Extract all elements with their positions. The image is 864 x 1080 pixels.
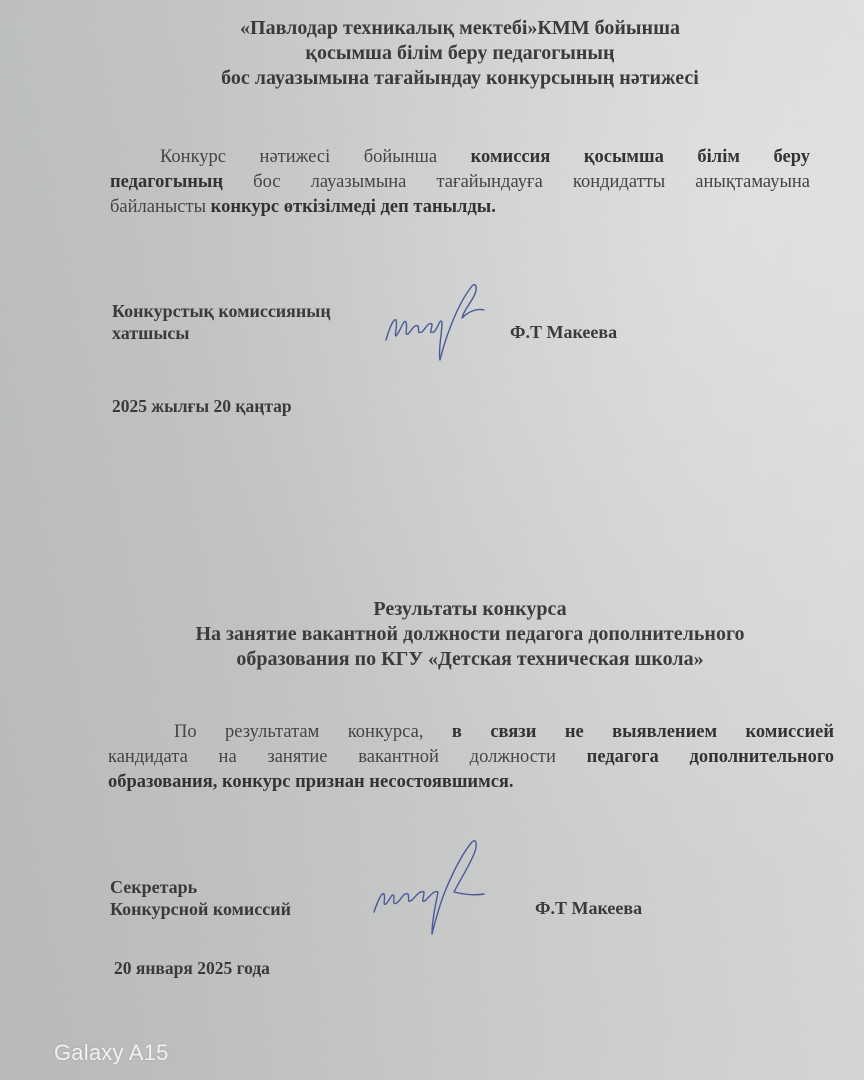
- text-normal: бос лауазымына тағайындауға кондидатты а…: [223, 172, 810, 192]
- camera-watermark: Galaxy A15: [54, 1040, 169, 1066]
- text-bold: комиссия қосымша білім беру: [471, 147, 810, 167]
- document-page: «Павлодар техникалық мектебі»КММ бойынша…: [0, 0, 864, 1080]
- text-bold: в связи не выявлением комиссией: [452, 722, 834, 742]
- russian-body-line-1: По результатам конкурса, в связи не выяв…: [108, 720, 834, 745]
- handwritten-signature-icon: [368, 834, 498, 944]
- text-normal: кандидата на занятие вакантной должности: [108, 747, 587, 767]
- text-normal: байланысты: [110, 197, 211, 217]
- russian-date: 20 января 2025 года: [114, 958, 270, 979]
- role-line-1: Конкурстық комиссияның: [112, 300, 331, 322]
- russian-title: Результаты конкурса На занятие вакантной…: [0, 597, 864, 672]
- russian-title-line-1: Результаты конкурса: [0, 597, 864, 622]
- russian-signatory-role: Секретарь Конкурсной комиссий: [110, 876, 291, 920]
- kazakh-body-line-1: Конкурс нәтижесі бойынша комиссия қосымш…: [110, 145, 810, 170]
- kazakh-body-paragraph: Конкурс нәтижесі бойынша комиссия қосымш…: [110, 145, 810, 220]
- kazakh-title-line-2: қосымша білім беру педагогының: [0, 41, 864, 66]
- kazakh-body-line-3: байланысты конкурс өткізілмеді деп таныл…: [110, 195, 810, 220]
- kazakh-signatory-role: Конкурстық комиссияның хатшысы: [112, 300, 331, 344]
- russian-body-paragraph: По результатам конкурса, в связи не выяв…: [108, 720, 834, 795]
- text-bold: конкурс өткізілмеді деп танылды.: [211, 197, 496, 217]
- text-normal: Конкурс нәтижесі бойынша: [160, 147, 471, 167]
- kazakh-date: 2025 жылғы 20 қаңтар: [112, 396, 292, 417]
- role-line-1: Секретарь: [110, 876, 291, 898]
- text-bold: образования, конкурс признан несостоявши…: [108, 772, 514, 792]
- russian-title-line-2: На занятие вакантной должности педагога …: [0, 622, 864, 647]
- kazakh-title-line-3: бос лауазымына тағайындау конкурсының нә…: [0, 66, 864, 91]
- kazakh-body-line-2: педагогының бос лауазымына тағайындауға …: [110, 170, 810, 195]
- kazakh-title: «Павлодар техникалық мектебі»КММ бойынша…: [0, 16, 864, 91]
- russian-body-line-2: кандидата на занятие вакантной должности…: [108, 745, 834, 770]
- role-line-2: хатшысы: [112, 322, 331, 344]
- text-bold: педагогының: [110, 172, 223, 192]
- handwritten-signature-icon: [380, 278, 500, 373]
- russian-title-line-3: образования по КГУ «Детская техническая …: [0, 647, 864, 672]
- russian-signatory-name: Ф.Т Макеева: [535, 898, 642, 919]
- russian-body-line-3: образования, конкурс признан несостоявши…: [108, 770, 834, 795]
- text-bold: педагога дополнительного: [587, 747, 834, 767]
- role-line-2: Конкурсной комиссий: [110, 898, 291, 920]
- kazakh-title-line-1: «Павлодар техникалық мектебі»КММ бойынша: [0, 16, 864, 41]
- kazakh-signatory-name: Ф.Т Макеева: [510, 322, 617, 343]
- text-normal: По результатам конкурса,: [174, 722, 452, 742]
